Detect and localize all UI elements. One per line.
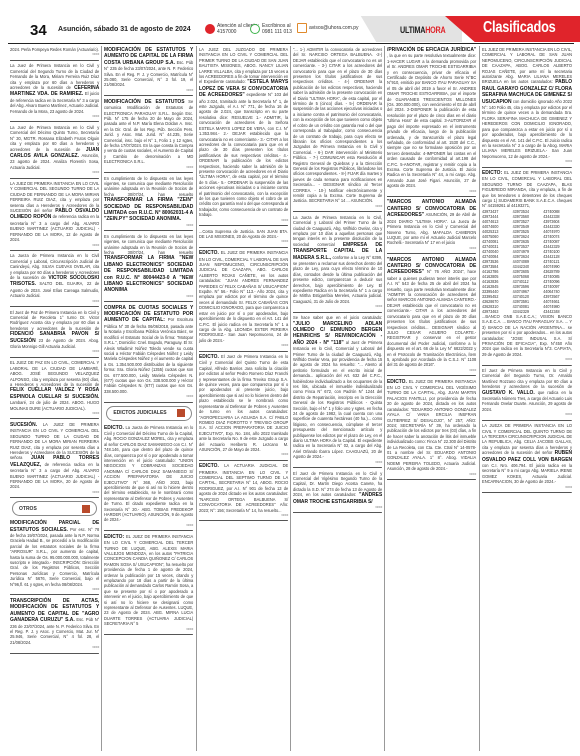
ad-code: 00000 [10, 170, 99, 175]
ad-code: 00000 [10, 114, 99, 119]
otros-icon [82, 505, 90, 513]
whatsapp-contact[interactable]: Escríbinos al0981 111 013 [250, 23, 292, 35]
ad-body: EL JUEZ DE PRIMERA INSTANCIA EN LO CIVIL… [199, 250, 288, 343]
classified-ad: En cumplimiento de lo dispuesto en las l… [104, 233, 193, 302]
column-5: /PRIVACIÓN DE EFICACIA JURÍDICA" , la qu… [385, 46, 479, 751]
header-divider [8, 43, 574, 44]
classified-ad: Se hace saber que en el juicio caratulad… [293, 314, 382, 468]
classified-ad: 2024. Perla Pompeya Redes Román (Actuari… [10, 46, 99, 61]
section-label: EDICTOS JUDICIALES [113, 410, 166, 416]
ad-body: EL JUEZ DE PRIMERA INSTANCIA EN LO CIVIL… [482, 170, 572, 208]
email-contact[interactable]: avisos@uhora.com.py [297, 23, 359, 33]
ad-headline: EDICTO: [104, 534, 124, 540]
ad-body: EL JUEZ DE PAZ EN LO CIVIL, COMERCIAL Y … [10, 360, 99, 387]
brand-part1: ULTIMA [400, 25, 425, 35]
ad-code: 00000 [104, 294, 193, 299]
ad-body: El Juez de Primera Instancia en lo Civil… [199, 354, 288, 452]
ad-headline: /PRIVACIÓN DE EFICACIA JURÍDICA" [387, 47, 476, 53]
ad-code: 00000 [199, 343, 288, 348]
classified-ad: /PRIVACIÓN DE EFICACIA JURÍDICA" , la qu… [387, 46, 476, 197]
classified-ad: EDICTO: EL JUEZ DE PRIMERA INSTANCIA EN … [482, 169, 572, 366]
ad-code: 00000 [104, 627, 193, 632]
classified-ad: SUCESIÓN. LA JUEZ DE PRIMERA INSTANCIA E… [10, 421, 99, 498]
classified-ad: LA JUEZ DE PRIMERA INSTANCIA EN LO CIVIL… [10, 180, 99, 251]
classified-ad: TRANSCRIPCIÓN DE ACTAS, MODIFICACIÓN DE … [10, 597, 99, 654]
ad-body: Lambaré, 24 de julio de 2024. ABOG. HUGO… [10, 400, 99, 410]
classifieds-columns: 2024. Perla Pompeya Redes Román (Actuari… [8, 46, 574, 751]
ad-code: 00000 [387, 368, 476, 373]
ad-code: 00000 [387, 472, 476, 477]
section-header-edictos-judiciales: EDICTOS JUDICIALES [106, 406, 191, 421]
classified-ad: MODIFICACIÓN PARCIAL DE ESTATUTOS SOCIAL… [10, 519, 99, 595]
ad-code: 00000 [104, 165, 193, 170]
classified-ad: EDICTO. La Jueza de Primera Instancia en… [104, 424, 193, 532]
ad-body: LA ACTUARIA JUDICIAL DE PRIMERA INSTANCI… [199, 463, 288, 512]
page-header: 34 Asunción, sábado 31 de agosto de 2024… [0, 0, 580, 42]
ad-code: 00000 [482, 412, 572, 417]
ad-code: 00000 [104, 523, 193, 528]
ad-code: 00000 [293, 505, 382, 510]
classified-ad: EDICTO. EL JUEZ DE PRIMERA INSTANCIA EN … [387, 378, 476, 480]
ad-headline: EDICTO. [104, 425, 124, 431]
column-2: MODIFICACIÓN DE ESTATUTOS Y AUMENTO DE C… [102, 46, 196, 751]
ad-headline: TRANSFORMAR LA FIRMA "ZEIN" SOCIEDAD DE … [104, 197, 193, 222]
classified-ad: EDICTO. LA ACTUARIA JUDICIAL DE PRIMERA … [199, 462, 288, 521]
ad-body: ...BANCO GNB S.A.E.C.A.; VISION BANCO S.… [482, 314, 572, 357]
classified-ad: "MARCOS ANTONIO ALMADA CANTERO S/ CONVOC… [387, 198, 476, 254]
classified-ad: EDICTO. EL JUEZ DE PRIMERA INSTANCIA EN … [199, 249, 288, 351]
whatsapp-icon [250, 24, 260, 34]
ad-code: 00000 [10, 299, 99, 304]
ad-code: 00000 [10, 645, 99, 650]
ad-body: En cumplimiento de lo dispuesto en las l… [104, 234, 193, 255]
ad-code: 00000 [104, 223, 193, 228]
ad-code: 00000 [104, 394, 193, 399]
classified-ad: El Juez de Paz de Primera Instancia en l… [10, 309, 99, 358]
ad-body: con domicilio ignorado Año 2022 N°: 140 … [482, 99, 572, 159]
contact-value: 0981 111 013 [262, 29, 292, 35]
ad-code: 00000 [10, 243, 99, 248]
section-title: Clasificados [483, 19, 556, 37]
contact-value: 4157000 [217, 29, 236, 35]
classified-ad: EL JUEZ DE PRIMERA INSTANCIA EN LO CIVIL… [482, 46, 572, 168]
classified-ad: EDICTO: EL JUEZ DE PRIMERA INSTANCIA EN … [104, 533, 193, 635]
ad-code: 00000 [10, 349, 99, 354]
classified-ad: La Juez de Primera Instancia en lo Civil… [10, 62, 99, 122]
classified-ad: LA JUEZA DE PRIMERA INSTANCIA EN LO CIVI… [482, 422, 572, 493]
ad-headline: GUSTAVO K. VALLO. [482, 390, 535, 396]
column-3: LA JUEZ DEL JUZGADO DE PRIMERA INSTANCIA… [197, 46, 291, 751]
classified-ad: La Jueza de Primera Instancia en lo Civi… [293, 214, 382, 313]
ad-body: Por Escritura Pública N° 30 de fecha 06/… [104, 317, 193, 393]
page-number: 34 [30, 22, 47, 39]
ad-headline: TRANSFORMAR LA FIRMA "NEW LIBANO ELECTRO… [104, 255, 193, 293]
ad-headline: MODIFICACIÓN DE ESTATUTOS [104, 99, 185, 105]
email-icon [297, 23, 307, 33]
ad-body: La Jueza de Primera Instancia en lo Civi… [104, 425, 193, 523]
column-6: EL JUEZ DE PRIMERA INSTANCIA EN LO CIVIL… [480, 46, 574, 751]
ad-body: EL JUEZ DE PRIMERA INSTANCIA EN LO CIVIL… [387, 379, 476, 472]
ad-body: Se hace saber que en el juicio caratulad… [293, 315, 382, 320]
ad-body: expediente N° 103 del año 2.024, tramita… [199, 92, 288, 217]
ad-body: "... 1-) ADMITIR la convocatoria de acre… [293, 47, 382, 203]
contact-value: avisos@uhora.com.py [309, 25, 359, 31]
ad-body: N° 76 AÑO 2024", hace saber a quienes pu… [387, 269, 476, 367]
ad-body: conforme a la Ley N° 6399, se presenten … [293, 255, 382, 304]
ad-code: 00000 [10, 587, 99, 592]
ad-code: 00000 [482, 485, 572, 490]
dateline: Asunción, sábado 31 de agosto de 2024 [58, 26, 191, 33]
ad-headline: EDICTO. [199, 463, 219, 469]
classified-ad: En cumplimiento de lo dispuesto en las l… [104, 175, 193, 232]
ad-code: 00000 [199, 239, 288, 244]
cheque-number-list: 4397343743973444440746134407460044025313… [482, 209, 572, 314]
classified-ad: La Jueza de Primera Instancia en lo Civi… [10, 252, 99, 307]
ad-code: 00000 [387, 189, 476, 194]
ad-code: 00000 [10, 411, 99, 416]
ad-body: Por esc. N° 78 de fecha 19/07/2024, pasa… [10, 527, 99, 587]
ad-body: En cumplimiento de lo dispuesto en las l… [104, 176, 193, 197]
classified-ad: "MARCOS ANTONIO ALMADA CANTERO S/ CONVOC… [387, 256, 476, 377]
classified-ad: EL JUEZ DE PAZ EN LO CIVIL, COMERCIAL Y … [10, 359, 99, 419]
ad-body: ...Costa Suprema de Justicia. SAN JUAN B… [199, 229, 288, 239]
classified-ad: El Juez de Primera Instancia en lo Civil… [482, 367, 572, 421]
classified-ad: COMPRA DE CUOTAS SOCIALES Y MODIFICACIÓN… [104, 304, 193, 403]
classified-ad: MODIFICACIÓN DE ESTATUTOS Se comunica Mo… [104, 98, 193, 173]
ad-code: 00000 [10, 490, 99, 495]
ad-code: 00000 [104, 88, 193, 93]
brand-logo: ULTIMAHORA [400, 25, 445, 35]
column-1: 2024. Perla Pompeya Redes Román (Actuari… [8, 46, 102, 751]
classified-ad: "... 1-) ADMITIR la convocatoria de acre… [293, 46, 382, 212]
phone-icon [205, 24, 215, 34]
ad-code: 00000 [482, 357, 572, 362]
ad-code: 00000 [293, 304, 382, 309]
ad-body: Se comunica Modificación de Estatutos de… [104, 99, 193, 164]
ad-body: El Juez de Primera Instancia en lo Civil… [482, 368, 572, 389]
ad-headline: EDICTO. [199, 250, 219, 256]
gavel-icon [177, 409, 185, 417]
classified-ad: El Juez de Primera Instancia en lo Civil… [293, 470, 382, 514]
ad-body: , la que en su parte resolutiva textualm… [387, 53, 476, 188]
column-4: "... 1-) ADMITIR la convocatoria de acre… [291, 46, 385, 751]
ad-code: 00000 [387, 246, 476, 251]
section-header-otros: OTROS [12, 501, 97, 516]
ad-headline: SUCESIÓN. [10, 422, 37, 428]
ad-body: 2024. Perla Pompeya Redes Román (Actuari… [10, 47, 99, 52]
ad-code: 00000 [199, 218, 288, 223]
ad-headline: EDICTO. [199, 354, 219, 360]
brand-part2: HORA [425, 25, 445, 35]
ad-body: al Juez de Primera Instancia en lo Civil… [293, 340, 382, 460]
classified-ad: LA JUEZ DEL JUZGADO DE PRIMERA INSTANCIA… [199, 46, 288, 226]
ad-code: 00000 [482, 159, 572, 164]
ad-body: con C.I. Nro. 406.794. El juicio radica … [482, 463, 572, 484]
ad-code: 00000 [293, 204, 382, 209]
ad-code: 00000 [199, 513, 288, 518]
ad-headline: FELIX CUELLAR VALDEZ Y ROSA ESPINOLA CUE… [10, 387, 99, 399]
ad-code: 00000 [293, 460, 382, 465]
ad-code: 00000 [10, 52, 99, 57]
section-label: OTROS [19, 506, 37, 512]
classified-ad: EDICTO. El Juez de Primera Instancia en … [199, 353, 288, 461]
ad-code: 00000 [199, 452, 288, 457]
ad-body: EL JUEZ DE PRIMERA INSTANCIA EN LO CIVIL… [104, 534, 193, 627]
classified-ad: MODIFICACIÓN DE ESTATUTOS Y AUMENTO DE C… [104, 46, 193, 96]
ad-body: El Juez de Paz de Primera Instancia en l… [10, 310, 99, 331]
classified-ad: La Juez de Primera Instancia en lo Civil… [10, 124, 99, 179]
classified-ad: ...Costa Suprema de Justicia. SAN JUAN B… [199, 228, 288, 248]
ad-headline: EDICTO: [482, 170, 502, 176]
